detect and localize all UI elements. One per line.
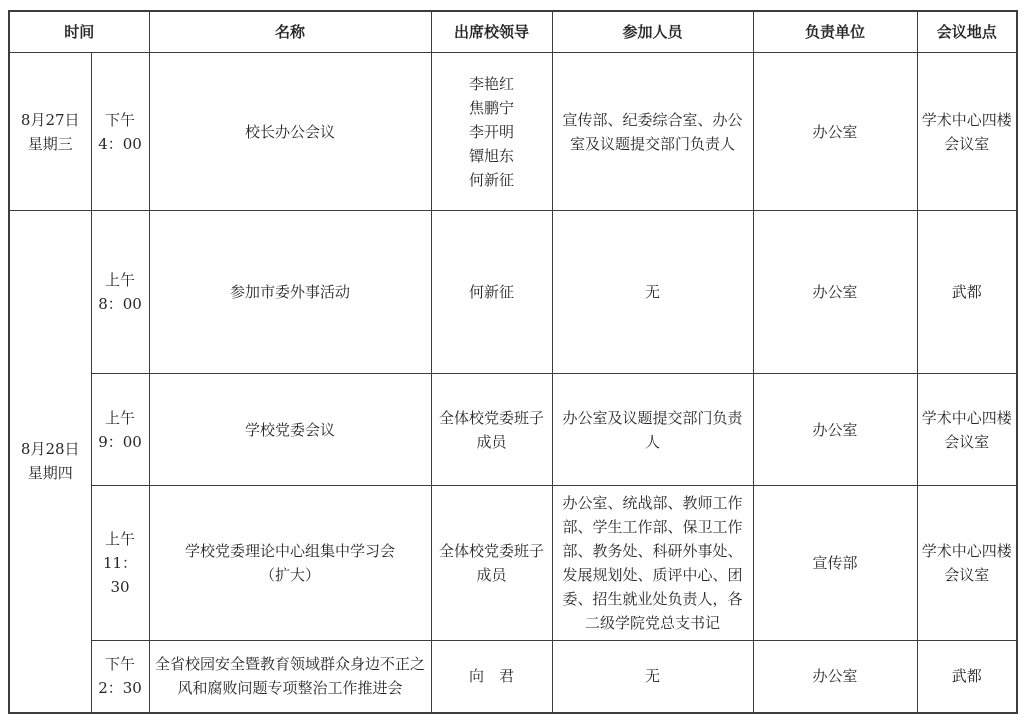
table-row: 上午 9：00 学校党委会议 全体校党委班子成员 办公室及议题提交部门负责人 办…	[9, 374, 1017, 486]
header-cell-participants: 参加人员	[552, 11, 753, 53]
table-row: 下午 2：30 全省校园安全暨教育领域群众身边不正之风和腐败问题专项整治工作推进…	[9, 641, 1017, 713]
meeting-name-cell: 校长办公会议	[149, 53, 431, 211]
location-cell: 武都	[917, 641, 1017, 713]
participants-cell: 办公室、统战部、教师工作部、学生工作部、保卫工作部、教务处、科研外事处、发展规划…	[552, 486, 753, 641]
location-cell: 学术中心四楼会议室	[917, 53, 1017, 211]
location-cell: 学术中心四楼会议室	[917, 486, 1017, 641]
meeting-name-cell: 参加市委外事活动	[149, 211, 431, 374]
unit-cell: 办公室	[753, 641, 917, 713]
unit-cell: 办公室	[753, 211, 917, 374]
leaders-cell: 何新征	[431, 211, 552, 374]
header-cell-time: 时间	[9, 11, 149, 53]
location-cell: 武都	[917, 211, 1017, 374]
time-cell: 下午 2：30	[91, 641, 149, 713]
unit-cell: 办公室	[753, 53, 917, 211]
meeting-schedule-table: 时间 名称 出席校领导 参加人员 负责单位 会议地点 8月27日 星期三 下午 …	[8, 10, 1018, 714]
participants-cell: 办公室及议题提交部门负责人	[552, 374, 753, 486]
header-cell-location: 会议地点	[917, 11, 1017, 53]
participants-cell: 宣传部、纪委综合室、办公室及议题提交部门负责人	[552, 53, 753, 211]
table-row: 上午 11：30 学校党委理论中心组集中学习会 （扩大） 全体校党委班子成员 办…	[9, 486, 1017, 641]
time-cell: 下午 4：00	[91, 53, 149, 211]
schedule-table-container: 时间 名称 出席校领导 参加人员 负责单位 会议地点 8月27日 星期三 下午 …	[8, 0, 1016, 714]
header-cell-unit: 负责单位	[753, 11, 917, 53]
meeting-name-cell: 学校党委会议	[149, 374, 431, 486]
table-row: 8月28日 星期四 上午 8：00 参加市委外事活动 何新征 无 办公室 武都	[9, 211, 1017, 374]
header-cell-leaders: 出席校领导	[431, 11, 552, 53]
date-cell: 8月27日 星期三	[9, 53, 91, 211]
time-cell: 上午 9：00	[91, 374, 149, 486]
leaders-cell: 向 君	[431, 641, 552, 713]
unit-cell: 宣传部	[753, 486, 917, 641]
leaders-cell: 李艳红 焦鹏宁 李开明 镡旭东 何新征	[431, 53, 552, 211]
location-cell: 学术中心四楼会议室	[917, 374, 1017, 486]
meeting-name-cell: 学校党委理论中心组集中学习会 （扩大）	[149, 486, 431, 641]
header-cell-name: 名称	[149, 11, 431, 53]
table-row: 8月27日 星期三 下午 4：00 校长办公会议 李艳红 焦鹏宁 李开明 镡旭东…	[9, 53, 1017, 211]
leaders-cell: 全体校党委班子成员	[431, 374, 552, 486]
participants-cell: 无	[552, 211, 753, 374]
participants-cell: 无	[552, 641, 753, 713]
meeting-name-cell: 全省校园安全暨教育领域群众身边不正之风和腐败问题专项整治工作推进会	[149, 641, 431, 713]
unit-cell: 办公室	[753, 374, 917, 486]
time-cell: 上午 11：30	[91, 486, 149, 641]
date-cell: 8月28日 星期四	[9, 211, 91, 713]
leaders-cell: 全体校党委班子成员	[431, 486, 552, 641]
time-cell: 上午 8：00	[91, 211, 149, 374]
header-row: 时间 名称 出席校领导 参加人员 负责单位 会议地点	[9, 11, 1017, 53]
